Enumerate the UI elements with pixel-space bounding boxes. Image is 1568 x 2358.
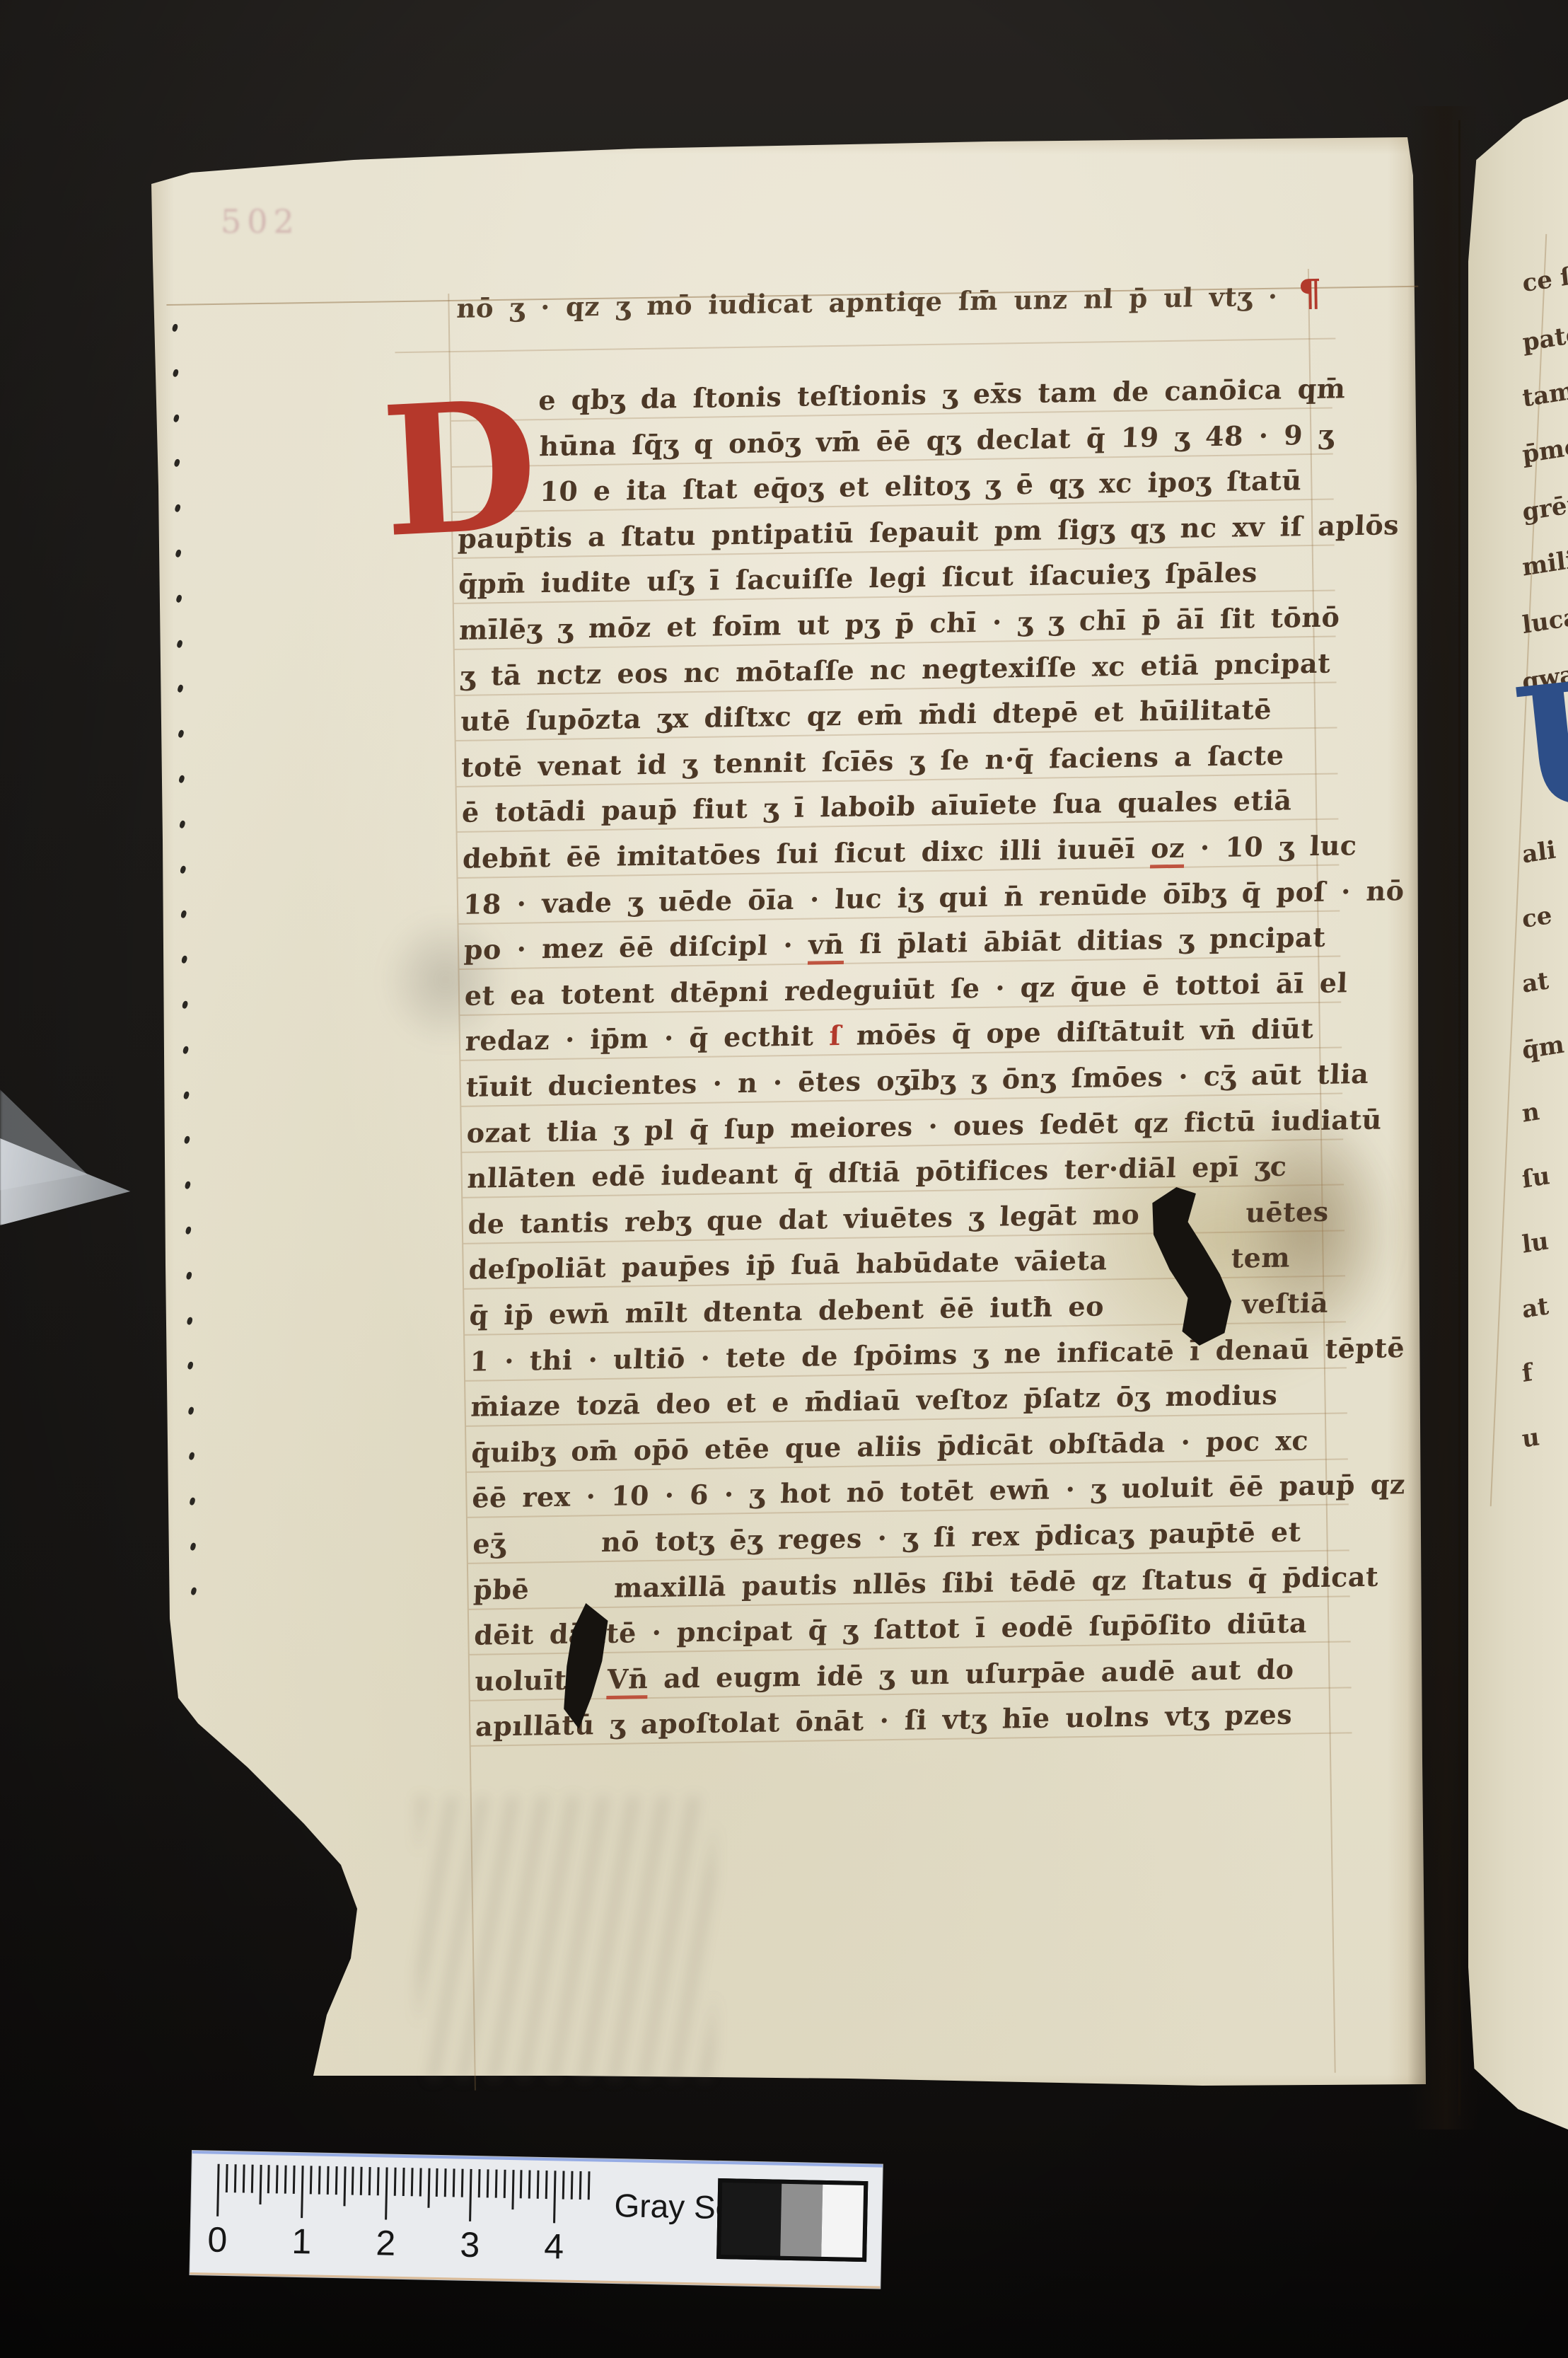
ruler-tick bbox=[545, 2171, 548, 2199]
prick-mark bbox=[188, 1452, 195, 1461]
facing-page-fragment: u bbox=[1521, 1423, 1541, 1454]
gray-patch bbox=[780, 2184, 823, 2257]
text-segment: tem bbox=[1231, 1242, 1291, 1274]
ruler-tick bbox=[453, 2168, 455, 2197]
ruler-tick bbox=[343, 2166, 346, 2206]
prick-mark bbox=[180, 865, 187, 874]
ruler-tick bbox=[579, 2171, 581, 2200]
gutter-crease-line bbox=[1458, 120, 1460, 2115]
ruler-tick bbox=[410, 2168, 413, 2196]
prick-mark bbox=[171, 323, 178, 333]
text-segment: p̄bē bbox=[473, 1573, 530, 1605]
ruling-and-text-layer: nō ʒ · qz ʒ mō iudicat apntiqe ſm̄ unz n… bbox=[0, 0, 1568, 2058]
prick-mark bbox=[190, 1542, 197, 1551]
ruler-numbers: 01234 bbox=[192, 2154, 883, 2168]
prick-mark bbox=[181, 955, 188, 964]
pricking-marks-column bbox=[0, 0, 1562, 7]
ruler-tick bbox=[276, 2165, 279, 2193]
ruler-tick bbox=[528, 2171, 531, 2199]
text-segment: deſpoliāt paup̄es ip̄ ſuā habūdate vāiet… bbox=[468, 1244, 1108, 1285]
ruler-tick bbox=[478, 2169, 481, 2197]
text-segment: ʒ tā nctz eos nc mōtaſſe nc negtexiſſe x… bbox=[459, 647, 1331, 691]
ruler-tick bbox=[377, 2167, 380, 2195]
ruler-tick bbox=[444, 2168, 447, 2197]
manuscript-text-line: et ea totent dtēpni redeguiūt ſe · qz q̄… bbox=[464, 966, 1348, 1012]
manuscript-text-line: paup̄tis a ſtatu pntipatiū ſepauit pm ſi… bbox=[458, 509, 1400, 555]
text-ruling-lines bbox=[0, 0, 1562, 7]
ruler-tick bbox=[293, 2166, 296, 2194]
manuscript-text-line: tīuit ducientes · n · ētes oʒībʒ ʒ ōnʒ ſ… bbox=[465, 1058, 1369, 1103]
prick-mark bbox=[172, 369, 179, 378]
prick-mark bbox=[184, 1181, 191, 1190]
ruler-tick bbox=[511, 2170, 514, 2209]
gray-scale-ruler: 01234 Gray Scale bbox=[190, 2151, 882, 2289]
text-segment: po · mez ēē diſcipl · bbox=[463, 929, 809, 966]
text-segment: Vn̄ bbox=[606, 1663, 649, 1699]
ruler-tick bbox=[487, 2169, 489, 2197]
facing-page-fragment: at bbox=[1521, 1292, 1550, 1324]
text-segment: 18 · vade ʒ uēde ōīa · luc iʒ qui n̄ ren… bbox=[463, 874, 1405, 920]
prick-mark bbox=[174, 504, 181, 513]
text-segment: ozat tlia ʒ pl q̄ ſup meiores · oues ſed… bbox=[466, 1103, 1383, 1148]
binding-gutter-shadow bbox=[1407, 106, 1478, 2129]
red-paragraph-mark: ¶ bbox=[1298, 272, 1322, 315]
text-segment: veſtiā bbox=[1241, 1287, 1329, 1320]
prick-mark bbox=[187, 1361, 194, 1370]
text-segment: · 10 ʒ luc bbox=[1184, 829, 1357, 864]
ruler-tick bbox=[352, 2167, 354, 2195]
ruler-tick bbox=[284, 2166, 287, 2194]
gray-scale-patches bbox=[716, 2178, 868, 2262]
ruler-tick bbox=[301, 2166, 303, 2218]
ruler-tick bbox=[537, 2171, 540, 2199]
facing-page-fragment: ſu bbox=[1521, 1162, 1551, 1194]
text-segment: mōēs q̄ ope diſtātuit vn̄ diūt bbox=[840, 1012, 1314, 1051]
text-segment: ſi p̄lati ābiāt ditias ʒ pncipat bbox=[844, 921, 1326, 960]
ruler-tick bbox=[394, 2168, 397, 2196]
hole-text-gap bbox=[529, 1597, 614, 1598]
ruler-tick bbox=[226, 2164, 228, 2192]
ruler-tick bbox=[587, 2171, 590, 2200]
prick-mark bbox=[176, 640, 183, 649]
photo-backdrop: 502 nō ʒ · qz ʒ mō iudicat apntiqe ſm̄ u… bbox=[0, 0, 1568, 2358]
prick-mark bbox=[189, 1497, 196, 1506]
text-segment: mīlēʒ ʒ mōz et foīm ut pʒ p̄ chī · ʒ ʒ c… bbox=[458, 601, 1340, 646]
ruler-tick bbox=[520, 2170, 523, 2198]
text-segment: ad eugm idē ʒ un uſurpāe audē aut do bbox=[648, 1653, 1295, 1694]
ruler-number: 3 bbox=[460, 2224, 480, 2266]
text-segment: eʒ̄ bbox=[472, 1527, 506, 1560]
ruler-number: 0 bbox=[207, 2219, 228, 2260]
prick-mark bbox=[183, 1090, 190, 1099]
prick-mark bbox=[186, 1316, 193, 1325]
ruler-tick bbox=[243, 2164, 245, 2192]
prick-mark bbox=[173, 458, 180, 468]
ruler-tick bbox=[234, 2164, 237, 2192]
hole-text-gap bbox=[506, 1551, 601, 1553]
text-segment: q̄ ip̄ ewn̄ mīlt dtenta debent ēē iutħ e… bbox=[469, 1290, 1105, 1331]
manuscript-text-line: ozat tlia ʒ pl q̄ ſup meiores · oues ſed… bbox=[466, 1103, 1383, 1148]
text-segment: et ea totent dtēpni redeguiūt ſe · qz q̄… bbox=[464, 966, 1348, 1012]
text-segment: oz bbox=[1150, 832, 1185, 869]
prick-mark bbox=[187, 1406, 194, 1416]
prick-mark bbox=[173, 414, 180, 423]
prick-mark bbox=[182, 1000, 189, 1010]
ruler-tick bbox=[427, 2168, 430, 2208]
ruler-number: 2 bbox=[376, 2222, 396, 2264]
text-segment: vn̄ bbox=[808, 928, 845, 965]
ruler-number: 1 bbox=[291, 2221, 312, 2262]
manuscript-text-line: mīlēʒ ʒ mōz et foīm ut pʒ p̄ chī · ʒ ʒ c… bbox=[458, 601, 1340, 646]
facing-page-fragment: at bbox=[1521, 966, 1550, 999]
ruler-tick bbox=[385, 2167, 388, 2219]
ruler-tick bbox=[469, 2169, 472, 2221]
prick-mark bbox=[179, 820, 186, 829]
prick-mark bbox=[175, 549, 182, 558]
running-header-text: nō ʒ · qz ʒ mō iudicat apntiqe ſm̄ unz n… bbox=[456, 281, 1278, 324]
manuscript-text-line: debn̄t ēē imitatōes ſui ſicut dixc illi … bbox=[462, 829, 1357, 874]
prick-mark bbox=[183, 1135, 190, 1145]
ruler-tick bbox=[216, 2164, 219, 2217]
text-segment: paup̄tis a ſtatu pntipatiū ſepauit pm ſi… bbox=[458, 509, 1400, 555]
prick-mark bbox=[178, 729, 185, 739]
ruler-tick bbox=[310, 2166, 313, 2194]
gray-patch bbox=[721, 2183, 782, 2256]
manuscript-text-line: 18 · vade ʒ uēde ōīa · luc iʒ qui n̄ ren… bbox=[463, 874, 1405, 920]
prick-mark bbox=[182, 1046, 190, 1055]
ruler-tick bbox=[461, 2169, 464, 2197]
facing-page-fragment: lu bbox=[1521, 1227, 1550, 1259]
ruler-ticks bbox=[192, 2154, 883, 2168]
text-segment: tīuit ducientes · n · ētes oʒībʒ ʒ ōnʒ ſ… bbox=[465, 1058, 1369, 1103]
ruler-tick bbox=[562, 2171, 565, 2200]
prick-mark bbox=[190, 1587, 197, 1596]
facing-page-fragment: n bbox=[1521, 1097, 1541, 1128]
ruler-tick bbox=[368, 2167, 371, 2195]
facing-page-fragment: ce bbox=[1521, 901, 1553, 934]
ruler-tick bbox=[267, 2165, 270, 2193]
manuscript-text-line: 1 · thi · ultiō · tete de ſpōims ʒ ne in… bbox=[470, 1331, 1405, 1377]
ruler-tick bbox=[250, 2165, 253, 2193]
text-segment: ēē rex · 10 · 6 · ʒ hot nō totēt ewn̄ · … bbox=[472, 1469, 1406, 1515]
ruler-tick bbox=[335, 2166, 337, 2195]
prick-mark bbox=[180, 910, 187, 919]
text-segment: 1 · thi · ultiō · tete de ſpōims ʒ ne in… bbox=[470, 1331, 1405, 1377]
manuscript-text-block: e qbʒ da ſtonis teſtionis ʒ ex̄s tam de … bbox=[0, 0, 1562, 7]
ruler-tick bbox=[503, 2170, 506, 2198]
prick-mark bbox=[185, 1271, 192, 1281]
ruler-tick bbox=[318, 2166, 321, 2195]
ruler-tick bbox=[553, 2171, 556, 2223]
ruler-tick bbox=[259, 2165, 262, 2204]
header-ruling-line-bottom bbox=[395, 337, 1335, 353]
prick-mark bbox=[175, 594, 182, 603]
ruler-number: 4 bbox=[544, 2226, 564, 2267]
manuscript-text-line: ēē rex · 10 · 6 · ʒ hot nō totēt ewn̄ · … bbox=[472, 1469, 1406, 1515]
manuscript-text-line: p̄bēmaxillā pautis nllēs ſibi tēdē qz ſt… bbox=[473, 1560, 1379, 1605]
prick-mark bbox=[178, 775, 185, 784]
manuscript-text-line: ʒ tā nctz eos nc mōtaſſe nc negtexiſſe x… bbox=[459, 647, 1331, 691]
ruler-tick bbox=[326, 2166, 329, 2195]
prick-mark bbox=[177, 684, 184, 693]
prick-mark bbox=[185, 1226, 192, 1235]
text-segment: uētes bbox=[1245, 1196, 1329, 1229]
ruler-tick bbox=[436, 2168, 439, 2197]
text-segment: redaz · ip̄m · q̄ ecthit bbox=[465, 1020, 830, 1058]
gray-patch bbox=[821, 2185, 864, 2258]
ruler-tick bbox=[571, 2171, 574, 2200]
ruler-tick bbox=[419, 2168, 422, 2196]
ruler-tick bbox=[360, 2167, 363, 2195]
ruler-tick bbox=[402, 2168, 405, 2196]
ruler-tick bbox=[494, 2170, 497, 2198]
